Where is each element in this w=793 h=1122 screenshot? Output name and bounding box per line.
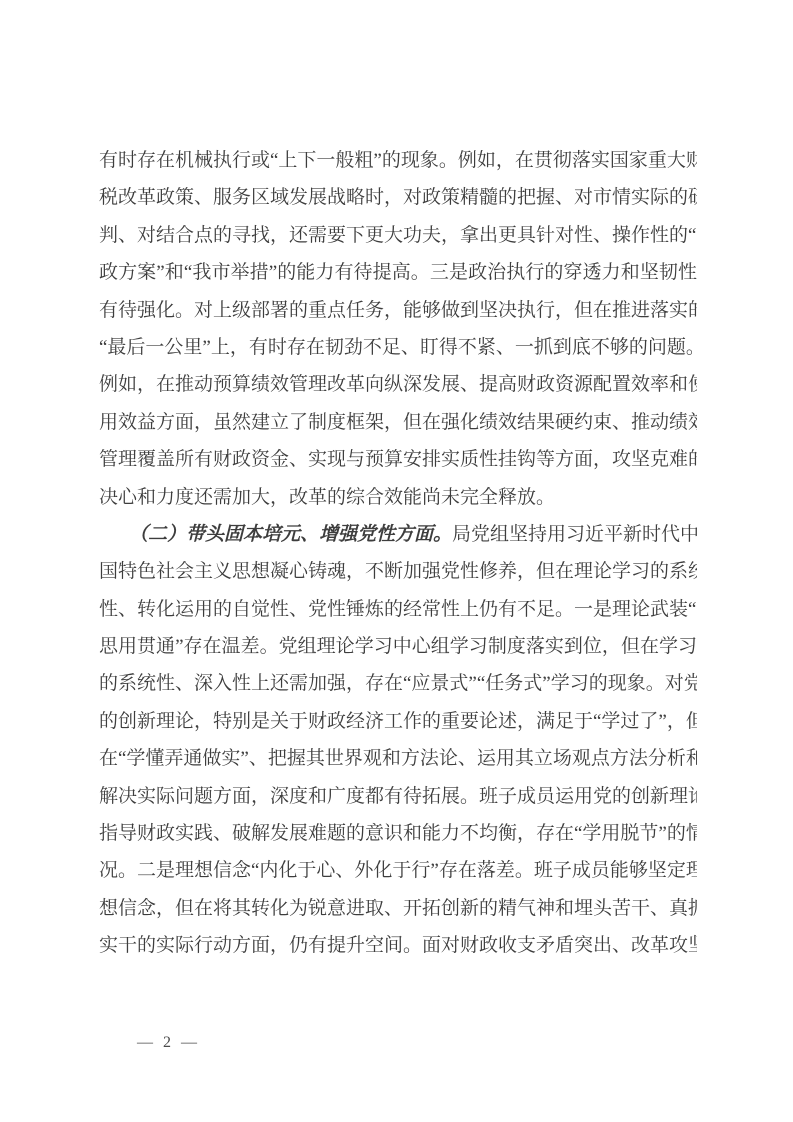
- text-line: 在“学懂弄通做实”、把握其世界观和方法论、运用其立场观点方法分析和: [99, 740, 697, 777]
- text-line: “最后一公里”上，有时存在韧劲不足、盯得不紧、一抓到底不够的问题。: [99, 329, 697, 366]
- text-line: （二）带头固本培元、增强党性方面。局党组坚持用习近平新时代中: [99, 516, 697, 553]
- text-segment: 决心和力度还需加大，改革的综合效能尚未完全释放。: [99, 487, 555, 508]
- text-segment: 解决实际问题方面，深度和广度都有待拓展。班子成员运用党的创新理论: [99, 786, 697, 807]
- text-line: 性、转化运用的自觉性、党性锤炼的经常性上仍有不足。一是理论武装“学: [99, 591, 697, 628]
- text-line: 管理覆盖所有财政资金、实现与预算安排实质性挂钩等方面，攻坚克难的: [99, 441, 697, 478]
- text-line: 的创新理论，特别是关于财政经济工作的重要论述，满足于“学过了”，但: [99, 703, 697, 740]
- text-segment: 的创新理论，特别是关于财政经济工作的重要论述，满足于“学过了”，但: [99, 711, 697, 732]
- text-segment: 实干的实际行动方面，仍有提升空间。面对财政收支矛盾突出、改革攻坚: [99, 935, 697, 956]
- text-segment: 国特色社会主义思想凝心铸魂，不断加强党性修养，但在理论学习的系统: [99, 561, 697, 582]
- text-segment: 有时存在机械执行或“上下一般粗”的现象。例如，在贯彻落实国家重大财: [99, 150, 697, 171]
- document-page: 有时存在机械执行或“上下一般粗”的现象。例如，在贯彻落实国家重大财税改革政策、服…: [0, 0, 793, 1122]
- text-line: 判、对结合点的寻找，还需要下更大功夫，拿出更具针对性、操作性的“财: [99, 217, 697, 254]
- text-line: 决心和力度还需加大，改革的综合效能尚未完全释放。: [99, 479, 697, 516]
- text-line: 政方案”和“我市举措”的能力有待提高。三是政治执行的穿透力和坚韧性: [99, 254, 697, 291]
- text-segment: 指导财政实践、破解发展难题的意识和能力不均衡，存在“学用脱节”的情: [99, 823, 697, 844]
- text-line: 国特色社会主义思想凝心铸魂，不断加强党性修养，但在理论学习的系统: [99, 553, 697, 590]
- text-segment: 局党组坚持用习近平新时代中: [452, 524, 697, 545]
- text-segment: 思用贯通”存在温差。党组理论学习中心组学习制度落实到位，但在学习: [99, 636, 697, 657]
- text-segment: 在“学懂弄通做实”、把握其世界观和方法论、运用其立场观点方法分析和: [99, 748, 697, 769]
- text-line: 有待强化。对上级部署的重点任务，能够做到坚决执行，但在推进落实的: [99, 292, 697, 329]
- text-line: 况。二是理想信念“内化于心、外化于行”存在落差。班子成员能够坚定理: [99, 852, 697, 889]
- text-segment: 想信念，但在将其转化为锐意进取、开拓创新的精气神和埋头苦干、真抓: [99, 898, 697, 919]
- text-segment: 况。二是理想信念“内化于心、外化于行”存在落差。班子成员能够坚定理: [99, 860, 697, 881]
- text-segment: 用效益方面，虽然建立了制度框架，但在强化绩效结果硬约束、推动绩效: [99, 412, 697, 433]
- text-line: 指导财政实践、破解发展难题的意识和能力不均衡，存在“学用脱节”的情: [99, 815, 697, 852]
- text-segment: 有待强化。对上级部署的重点任务，能够做到坚决执行，但在推进落实的: [99, 300, 697, 321]
- text-segment: 例如，在推动预算绩效管理改革向纵深发展、提高财政资源配置效率和使: [99, 374, 697, 395]
- text-line: 税改革政策、服务区域发展战略时，对政策精髓的把握、对市情实际的研: [99, 179, 697, 216]
- text-segment: 性、转化运用的自觉性、党性锤炼的经常性上仍有不足。一是理论武装“学: [99, 599, 697, 620]
- text-line: 想信念，但在将其转化为锐意进取、开拓创新的精气神和埋头苦干、真抓: [99, 890, 697, 927]
- page-number: — 2 —: [137, 1031, 200, 1055]
- text-line: 实干的实际行动方面，仍有提升空间。面对财政收支矛盾突出、改革攻坚: [99, 927, 697, 964]
- text-line: 有时存在机械执行或“上下一般粗”的现象。例如，在贯彻落实国家重大财: [99, 142, 697, 179]
- section-heading: （二）带头固本培元、增强党性方面。: [129, 524, 452, 545]
- text-line: 的系统性、深入性上还需加强，存在“应景式”“任务式”学习的现象。对党: [99, 665, 697, 702]
- text-segment: 税改革政策、服务区域发展战略时，对政策精髓的把握、对市情实际的研: [99, 187, 697, 208]
- text-segment: 的系统性、深入性上还需加强，存在“应景式”“任务式”学习的现象。对党: [99, 673, 697, 694]
- text-segment: 政方案”和“我市举措”的能力有待提高。三是政治执行的穿透力和坚韧性: [99, 262, 697, 283]
- text-segment: 管理覆盖所有财政资金、实现与预算安排实质性挂钩等方面，攻坚克难的: [99, 449, 697, 470]
- text-line: 用效益方面，虽然建立了制度框架，但在强化绩效结果硬约束、推动绩效: [99, 404, 697, 441]
- text-line: 例如，在推动预算绩效管理改革向纵深发展、提高财政资源配置效率和使: [99, 366, 697, 403]
- text-line: 思用贯通”存在温差。党组理论学习中心组学习制度落实到位，但在学习: [99, 628, 697, 665]
- document-body: 有时存在机械执行或“上下一般粗”的现象。例如，在贯彻落实国家重大财税改革政策、服…: [99, 142, 697, 965]
- text-segment: “最后一公里”上，有时存在韧劲不足、盯得不紧、一抓到底不够的问题。: [99, 337, 697, 358]
- text-line: 解决实际问题方面，深度和广度都有待拓展。班子成员运用党的创新理论: [99, 778, 697, 815]
- text-segment: 判、对结合点的寻找，还需要下更大功夫，拿出更具针对性、操作性的“财: [99, 225, 697, 246]
